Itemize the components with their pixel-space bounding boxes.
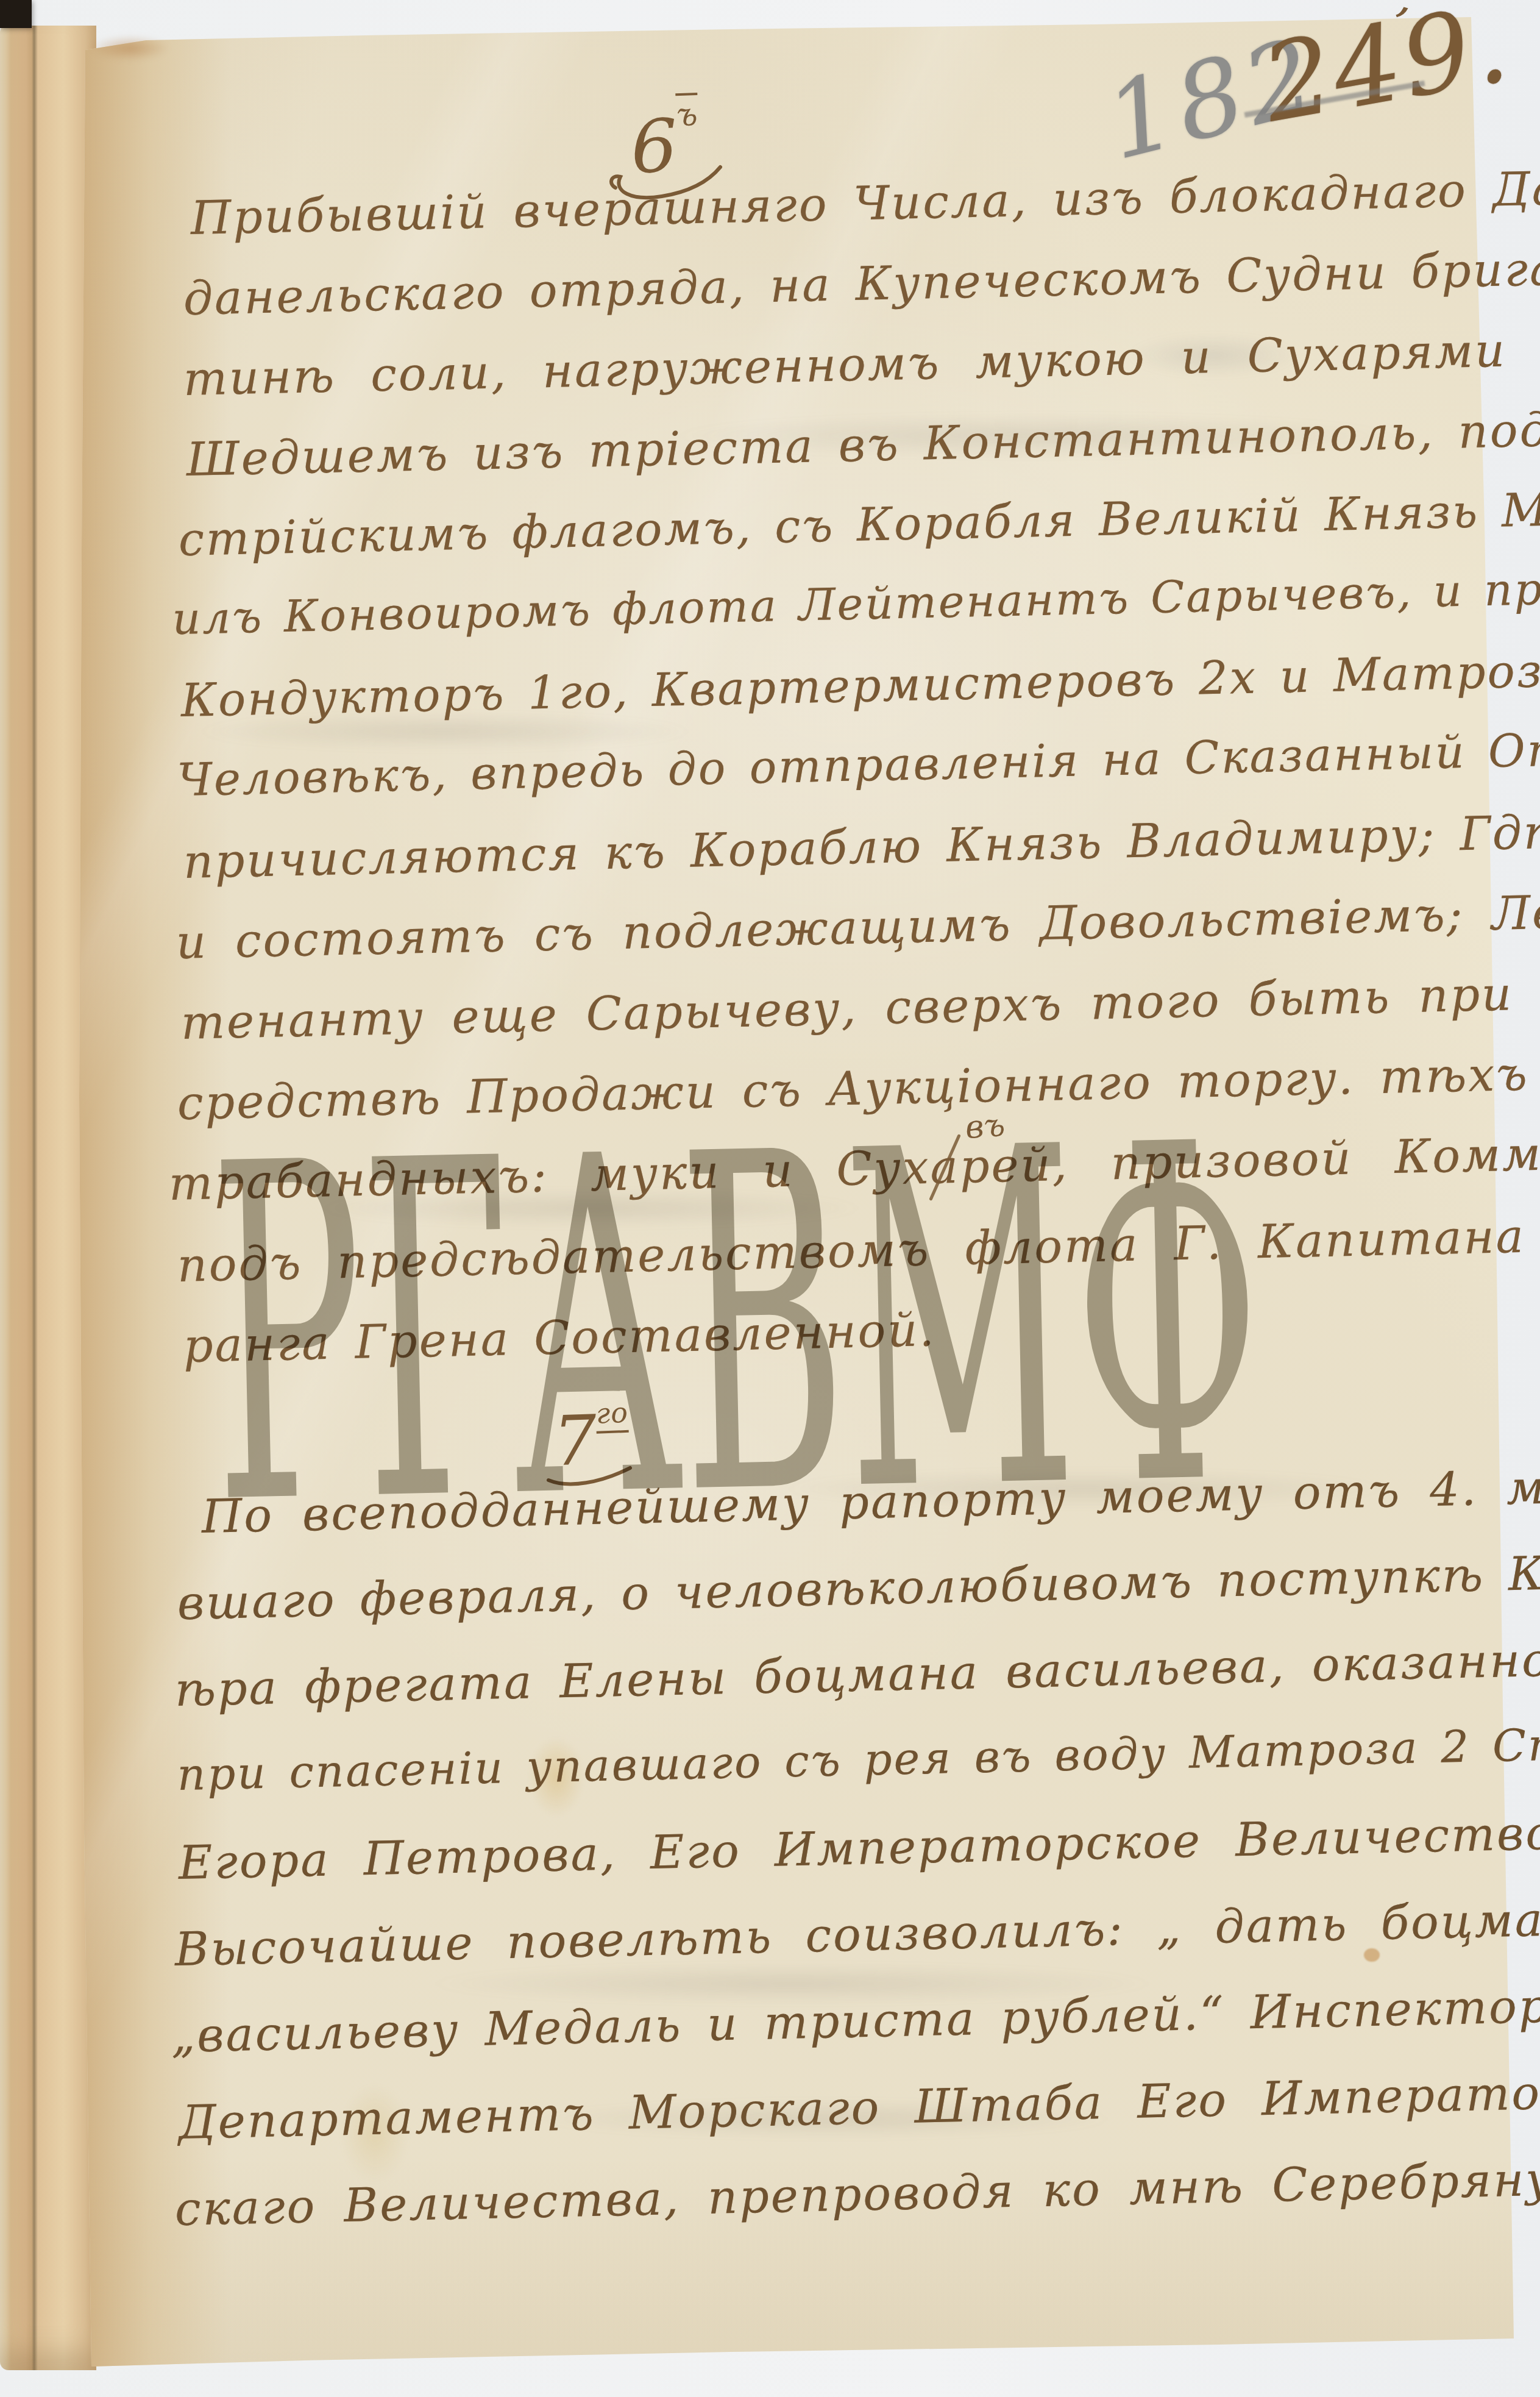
watermark-text: РГАВМФ [207,1128,1266,1547]
manuscript-line: Прибывшій вчерашняго Числа, изъ блокадна… [190,163,1540,243]
manuscript-line: „васильеву Медаль и триста рублей.“ Инсп… [171,1979,1540,2060]
manuscript-line: Высочайше повелѣть соизволилъ: „ дать бо… [174,1894,1540,1974]
manuscript-line: Департаментъ Морскаго Штаба Его Императо… [178,2067,1540,2146]
manuscript-line: стрійскимъ флагомъ, съ Корабля Великій К… [178,483,1540,564]
manuscript-line: тенанту еще Сарычеву, сверхъ того быть п… [180,967,1540,1047]
manuscript-line: при спасеніи упавшаго съ рея въ воду Мат… [177,1719,1540,1798]
manuscript-line: Шедшемъ изъ тріеста въ Константинополь, … [186,402,1540,484]
manuscript-line: Кондукторъ 1го, Квартермистеровъ 2х и Ма… [180,643,1540,724]
manuscript-line: Человѣкъ, впредь до отправленія на Сказа… [177,724,1540,805]
manuscript-line: средствѣ Продажи съ Аукціоннаго торгу. т… [177,1047,1540,1128]
manuscript-line: скаго Величества, препроводя ко мнѣ Сере… [174,2154,1540,2234]
manuscript-line: данельскаго отряда, на Купеческомъ Судни… [183,243,1540,323]
manuscript-line: Егора Петрова, Его Императорское Величес… [178,1809,1540,1887]
manuscript-line: причисляются къ Кораблю Князь Владимиру;… [183,805,1540,886]
manuscript-line: тинѣ соли, нагруженномъ мукою и Сухарями… [183,324,1540,404]
archive-watermark: РГАВМФ [206,1128,1286,1547]
scanned-archive-page: { "colors":{"ink":"#7a5a36","ink2":"#6f5… [0,0,1540,2397]
manuscript-line: ѣра фрегата Елены боцмана васильева, ока… [174,1634,1540,1714]
manuscript-line: и состоятъ съ подлежащимъ Довольствіемъ;… [176,887,1540,967]
manuscript-line: вшаго февраля, о человѣколюбивомъ поступ… [177,1546,1540,1628]
manuscript-line: илъ Конвоиромъ флота Лейтенантъ Сарычевъ… [172,562,1540,642]
